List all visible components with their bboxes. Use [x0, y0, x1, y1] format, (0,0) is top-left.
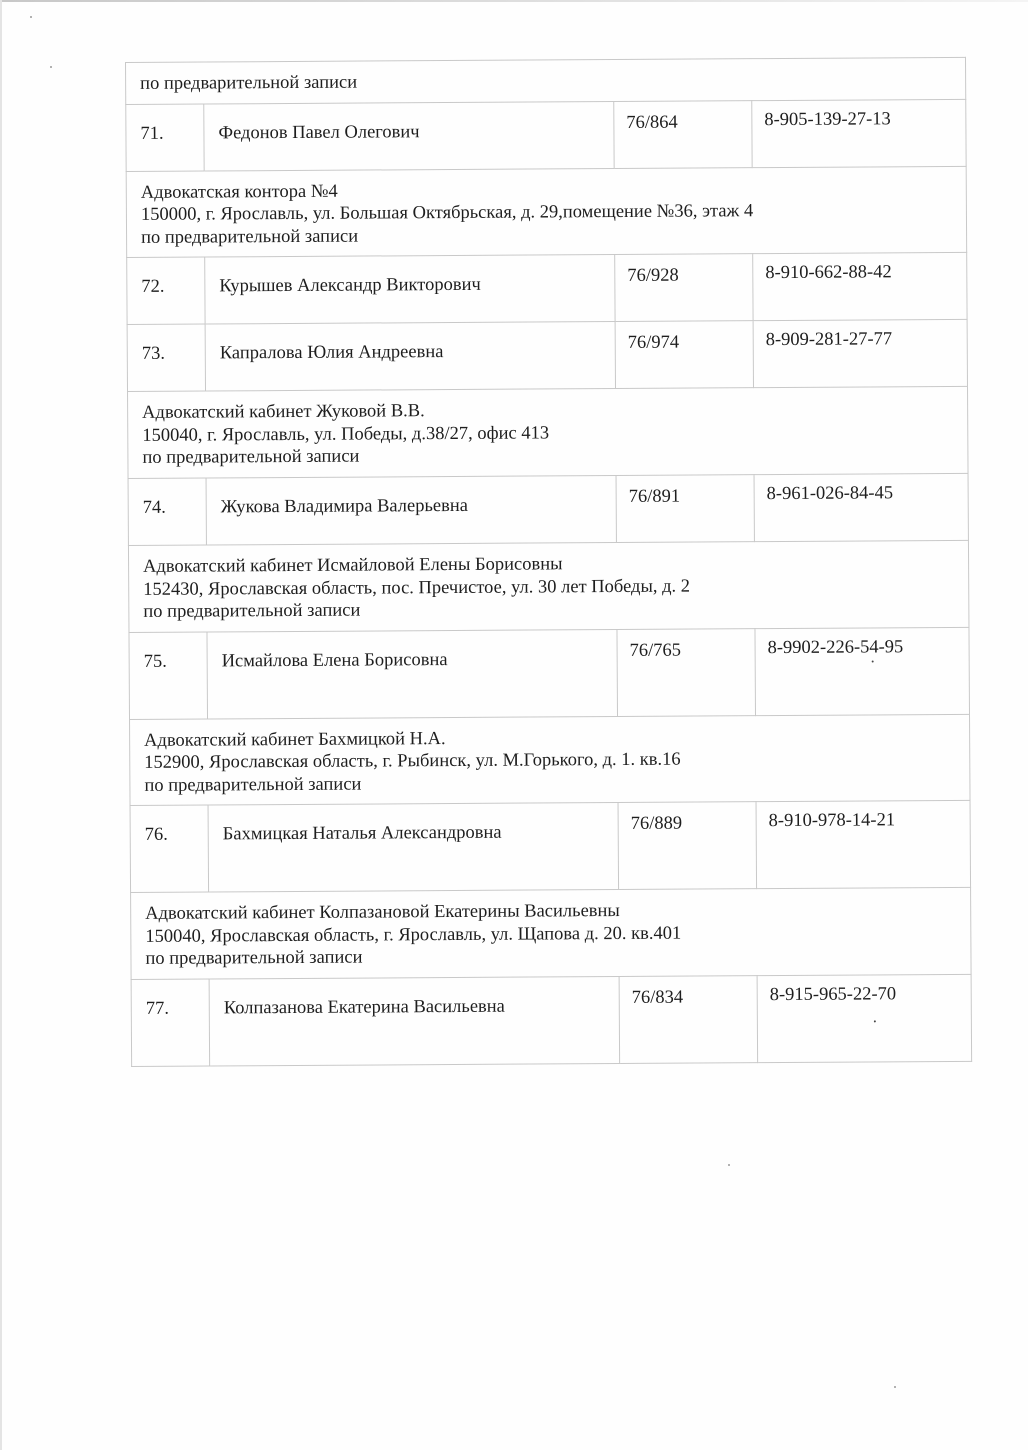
office-note: по предварительной записи	[145, 943, 956, 971]
advocate-name: Колпазанова Екатерина Васильевна	[209, 976, 620, 1066]
scan-speck	[30, 16, 32, 18]
advocate-name: Курышев Александр Викторович	[205, 255, 615, 325]
scan-speck	[894, 1386, 896, 1388]
table-row: 77. Колпазанова Екатерина Васильевна 76/…	[131, 974, 972, 1066]
office-note: по предварительной записи	[140, 68, 951, 96]
office-row: Адвокатский кабинет Бахмицкой Н.А. 15290…	[130, 714, 971, 806]
phone-number: 8-905-139-27-13	[752, 99, 966, 167]
phone-number: 8-915-965-22-70	[770, 984, 897, 1005]
advocates-table: по предварительной записи 71. Федонов Па…	[125, 57, 972, 1067]
phone-number: 8-909-281-27-77	[753, 320, 967, 388]
entry-number: 74.	[128, 478, 206, 545]
registry-number: 76/864	[614, 100, 752, 168]
entry-number: 72.	[127, 257, 205, 324]
office-cell: по предварительной записи	[126, 57, 966, 104]
scanned-page: по предварительной записи 71. Федонов Па…	[0, 0, 1028, 1450]
registry-number: 76/974	[615, 321, 753, 389]
registry-number: 76/834	[619, 976, 758, 1064]
office-note: по предварительной записи	[142, 442, 953, 470]
table-row: 75. Исмайлова Елена Борисовна 76/765 8-9…	[129, 627, 970, 719]
scan-dot	[874, 1020, 876, 1022]
scan-speck	[50, 66, 52, 68]
advocate-name: Бахмицкая Наталья Александровна	[208, 803, 619, 893]
phone-number: 8-910-662-88-42	[753, 253, 967, 321]
office-note: по предварительной записи	[143, 596, 954, 624]
phone-cell: 8-915-965-22-70	[757, 974, 972, 1062]
scan-speck	[728, 1164, 730, 1166]
entry-number: 76.	[130, 805, 209, 892]
table-row: 73. Капралова Юлия Андреевна 76/974 8-90…	[127, 320, 967, 392]
table-row: 74. Жукова Владимира Валерьевна 76/891 8…	[128, 473, 968, 545]
entry-number: 75.	[129, 632, 208, 719]
office-note: по предварительной записи	[141, 222, 952, 250]
phone-number: 8-910-978-14-21	[756, 801, 971, 889]
entry-number: 77.	[131, 979, 210, 1066]
table-row: 71. Федонов Павел Олегович 76/864 8-905-…	[126, 99, 966, 171]
office-cell: Адвокатский кабинет Жуковой В.В. 150040,…	[128, 387, 969, 479]
office-row: Адвокатский кабинет Исмайловой Елены Бор…	[128, 540, 969, 632]
scan-edge-top	[0, 0, 1028, 2]
registry-number: 76/889	[618, 802, 757, 890]
advocate-name: Федонов Павел Олегович	[204, 101, 614, 171]
office-cell: Адвокатский кабинет Бахмицкой Н.А. 15290…	[130, 714, 971, 806]
registry-number: 76/928	[615, 254, 753, 322]
registry-number: 76/765	[617, 628, 756, 716]
advocate-name: Жукова Владимира Валерьевна	[206, 475, 616, 545]
entry-number: 73.	[127, 324, 205, 391]
table-row: 72. Курышев Александр Викторович 76/928 …	[127, 253, 967, 325]
advocate-name: Исмайлова Елена Борисовна	[207, 629, 618, 719]
scan-edge-left	[0, 0, 2, 1450]
phone-cell: 8-9902-226-54-95	[755, 627, 970, 715]
office-row: Адвокатский кабинет Жуковой В.В. 150040,…	[128, 387, 969, 479]
office-note: по предварительной записи	[144, 770, 955, 798]
registry-number: 76/891	[616, 475, 754, 543]
scan-dot	[872, 661, 874, 663]
entry-number: 71.	[126, 104, 204, 171]
office-row: Адвокатский кабинет Колпазановой Екатери…	[131, 888, 972, 980]
office-cell: Адвокатский кабинет Исмайловой Елены Бор…	[128, 540, 969, 632]
office-row: Адвокатская контора №4 150000, г. Яросла…	[126, 166, 967, 258]
table-row: 76. Бахмицкая Наталья Александровна 76/8…	[130, 801, 971, 893]
phone-number: 8-9902-226-54-95	[768, 637, 904, 658]
office-row: по предварительной записи	[126, 57, 966, 104]
office-cell: Адвокатская контора №4 150000, г. Яросла…	[126, 166, 967, 258]
phone-number: 8-961-026-84-45	[754, 473, 968, 541]
office-cell: Адвокатский кабинет Колпазановой Екатери…	[131, 888, 972, 980]
advocate-name: Капралова Юлия Андреевна	[205, 322, 615, 392]
